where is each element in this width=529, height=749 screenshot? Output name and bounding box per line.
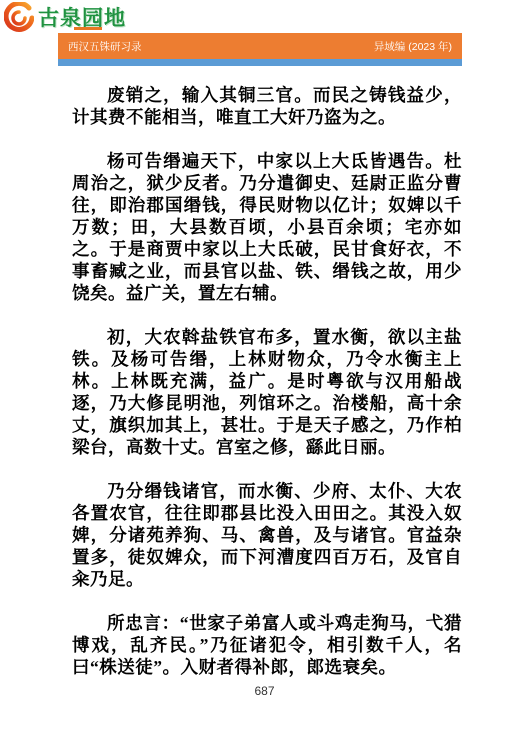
volume-title: 异域编 (2023 年) bbox=[374, 39, 452, 54]
document-body: 废销之，输入其铜三官。而民之铸钱益少，计其费不能相当，唯直工大奸乃盗为之。 杨可… bbox=[72, 84, 462, 700]
page-number: 687 bbox=[0, 684, 529, 698]
paragraph-3: 初，大农斡盐铁官布多，置水衡，欲以主盐铁。及杨可告缗，上林财物众，乃令水衡主上林… bbox=[72, 326, 462, 458]
document-page: 古泉园地 西汉五铢研习录 异域编 (2023 年) 废销之，输入其铜三官。而民之… bbox=[0, 0, 529, 749]
coin-swirl-icon bbox=[4, 2, 34, 32]
paragraph-1: 废销之，输入其铜三官。而民之铸钱益少，计其费不能相当，唯直工大奸乃盗为之。 bbox=[72, 84, 462, 128]
paragraph-4: 乃分缗钱诸官，而水衡、少府、太仆、大农各置农官，往往即郡县比没入田田之。其没入奴… bbox=[72, 480, 462, 590]
chapter-header-bar: 西汉五铢研习录 异域编 (2023 年) bbox=[58, 33, 462, 59]
book-title: 西汉五铢研习录 bbox=[68, 39, 142, 54]
logo-underline bbox=[74, 27, 102, 30]
site-logo: 古泉园地 bbox=[4, 2, 126, 32]
paragraph-5: 所忠言：“世家子弟富人或斗鸡走狗马，弋猎博戏，乱齐民。”乃征诸犯令，相引数千人，… bbox=[72, 612, 462, 678]
paragraph-2: 杨可告缗遍天下，中家以上大氐皆遇告。杜周治之，狱少反者。乃分遣御史、廷尉正监分曹… bbox=[72, 150, 462, 304]
header-accent-stripe bbox=[58, 59, 462, 66]
